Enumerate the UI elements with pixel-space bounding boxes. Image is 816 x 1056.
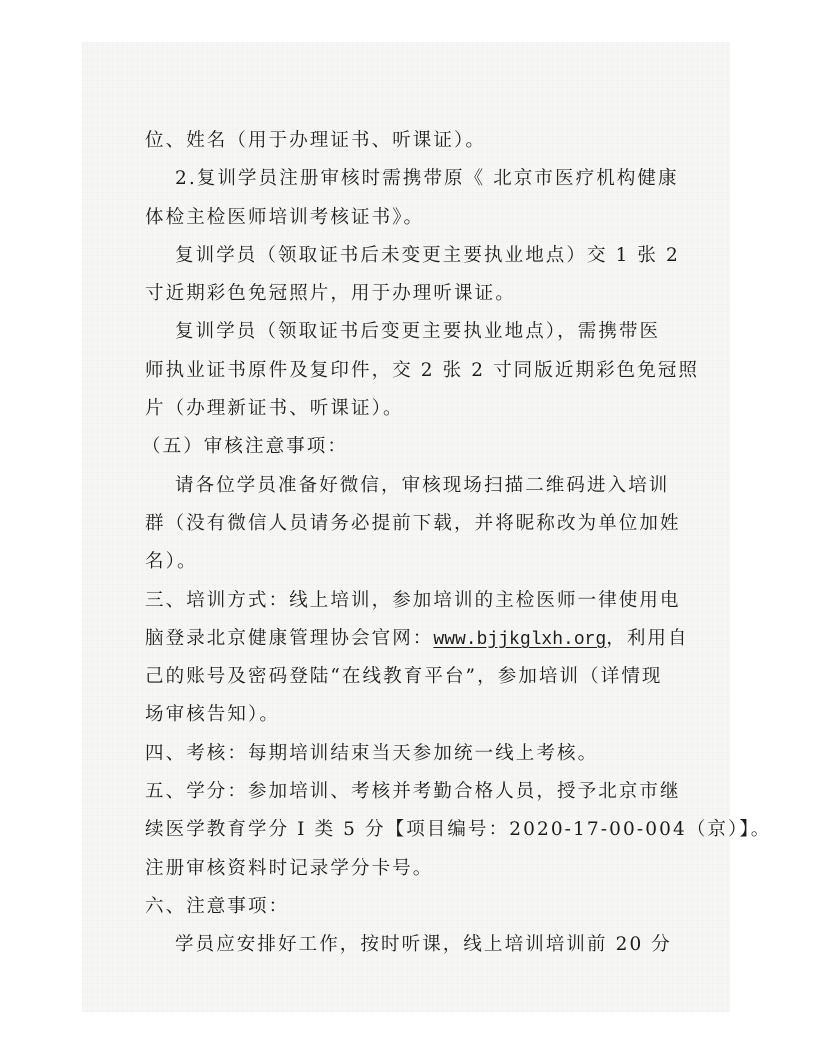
- text-line: 请各位学员准备好微信，审核现场扫描二维码进入培训: [145, 467, 705, 505]
- text-fragment: ，利用自: [606, 628, 688, 649]
- section-heading: 五、学分：参加培训、考核并考勤合格人员，授予北京市继: [145, 773, 705, 811]
- text-line: 复训学员（领取证书后变更主要执业地点），需携带医: [145, 313, 705, 351]
- text-line: 片（办理新证书、听课证）。: [145, 390, 705, 428]
- document-body: 位、姓名（用于办理证书、听课证）。 2.复训学员注册审核时需携带原《 北京市医疗…: [145, 122, 705, 965]
- text-fragment: 脑登录北京健康管理协会官网：: [145, 628, 433, 649]
- text-line: 场审核告知）。: [145, 696, 705, 734]
- text-line: 复训学员（领取证书后未变更主要执业地点）交 1 张 2: [145, 237, 705, 275]
- text-line: 学员应安排好工作，按时听课，线上培训培训前 20 分: [145, 926, 705, 964]
- text-line: 续医学教育学分 I 类 5 分【项目编号：2020-17-00-004（京）】。: [145, 811, 705, 849]
- text-line: 己的账号及密码登陆“在线教育平台”，参加培训（详情现: [145, 658, 705, 696]
- section-heading: （五）审核注意事项：: [142, 428, 705, 466]
- text-line: 群（没有微信人员请务必提前下载，并将昵称改为单位加姓: [145, 505, 705, 543]
- website-link[interactable]: www.bjjkglxh.org: [433, 630, 606, 650]
- text-line: 注册审核资料时记录学分卡号。: [145, 850, 705, 888]
- text-line: 名）。: [145, 543, 705, 581]
- text-line: 位、姓名（用于办理证书、听课证）。: [145, 122, 705, 160]
- text-line: 师执业证书原件及复印件，交 2 张 2 寸同版近期彩色免冠照: [145, 352, 705, 390]
- text-line: 2.复训学员注册审核时需携带原《 北京市医疗机构健康: [145, 160, 705, 198]
- text-line-with-url: 脑登录北京健康管理协会官网：www.bjjkglxh.org，利用自: [145, 620, 705, 658]
- section-heading: 六、注意事项：: [145, 888, 705, 926]
- section-heading: 三、培训方式：线上培训，参加培训的主检医师一律使用电: [145, 582, 705, 620]
- text-line: 寸近期彩色免冠照片，用于办理听课证。: [145, 275, 705, 313]
- text-line: 体检主检医师培训考核证书》。: [145, 199, 705, 237]
- section-heading: 四、考核：每期培训结束当天参加统一线上考核。: [145, 735, 705, 773]
